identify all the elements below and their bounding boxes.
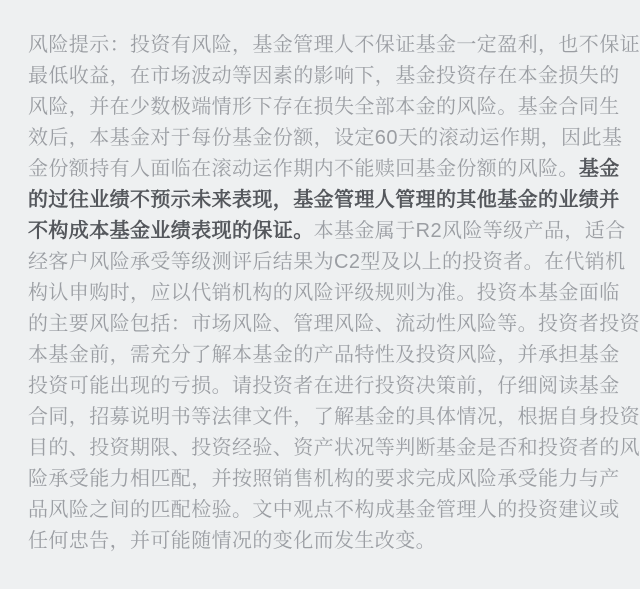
text-segment: 金份额持有人面临在滚动运作期内不能赎回基金份额的风险。 [28, 158, 579, 180]
risk-disclaimer: 风险提示：投资有风险，基金管理人不保证基金一定盈利，也不保证最低收益，在市场波动… [0, 0, 640, 557]
text-line: 的主要风险包括：市场风险、管理风险、流动性风险等。投资者投资 [28, 309, 614, 340]
text-segment: 效后，本基金对于每份基金份额，设定60天的滚动运作期，因此基 [28, 127, 622, 149]
text-line: 风险，并在少数极端情形下存在损失全部本金的风险。基金合同生 [28, 92, 614, 123]
text-segment: 目的、投资期限、投资经验、资产状况等判断基金是否和投资者的风 [28, 437, 640, 459]
text-segment: 构认申购时，应以代销机构的风险评级规则为准。投资本基金面临 [28, 282, 620, 304]
text-line: 的过往业绩不预示未来表现，基金管理人管理的其他基金的业绩并 [28, 185, 614, 216]
text-line: 投资可能出现的亏损。请投资者在进行投资决策前，仔细阅读基金 [28, 371, 614, 402]
text-segment: 风险，并在少数极端情形下存在损失全部本金的风险。基金合同生 [28, 96, 620, 118]
text-line: 不构成本基金业绩表现的保证。本基金属于R2风险等级产品，适合 [28, 216, 614, 247]
text-segment: 任何忠告，并可能随情况的变化而发生改变。 [28, 530, 436, 552]
text-segment: 本基金属于R2风险等级产品，适合 [314, 220, 626, 242]
text-segment: 风险提示：投资有风险，基金管理人不保证基金一定盈利，也不保证 [28, 34, 640, 56]
text-segment: 品风险之间的匹配检验。文中观点不构成基金管理人的投资建议或 [28, 499, 620, 521]
text-segment: 险承受能力相匹配，并按照销售机构的要求完成风险承受能力与产 [28, 468, 620, 490]
text-segment: 合同，招募说明书等法律文件，了解基金的具体情况，根据自身投资 [28, 406, 640, 428]
text-line: 任何忠告，并可能随情况的变化而发生改变。 [28, 526, 614, 557]
text-line: 合同，招募说明书等法律文件，了解基金的具体情况，根据自身投资 [28, 402, 614, 433]
text-segment-bold: 不构成本基金业绩表现的保证。 [28, 220, 314, 242]
text-line: 经客户风险承受等级测评后结果为C2型及以上的投资者。在代销机 [28, 247, 614, 278]
text-line: 最低收益，在市场波动等因素的影响下，基金投资存在本金损失的 [28, 61, 614, 92]
text-line: 金份额持有人面临在滚动运作期内不能赎回基金份额的风险。基金 [28, 154, 614, 185]
text-line: 险承受能力相匹配，并按照销售机构的要求完成风险承受能力与产 [28, 464, 614, 495]
text-line: 风险提示：投资有风险，基金管理人不保证基金一定盈利，也不保证 [28, 30, 614, 61]
text-line: 构认申购时，应以代销机构的风险评级规则为准。投资本基金面临 [28, 278, 614, 309]
text-segment: 投资可能出现的亏损。请投资者在进行投资决策前，仔细阅读基金 [28, 375, 620, 397]
text-line: 效后，本基金对于每份基金份额，设定60天的滚动运作期，因此基 [28, 123, 614, 154]
text-segment: 最低收益，在市场波动等因素的影响下，基金投资存在本金损失的 [28, 65, 620, 87]
text-segment: 的主要风险包括：市场风险、管理风险、流动性风险等。投资者投资 [28, 313, 640, 335]
text-segment-bold: 基金 [579, 158, 620, 180]
text-segment: 本基金前，需充分了解本基金的产品特性及投资风险，并承担基金 [28, 344, 620, 366]
text-line: 目的、投资期限、投资经验、资产状况等判断基金是否和投资者的风 [28, 433, 614, 464]
text-line: 品风险之间的匹配检验。文中观点不构成基金管理人的投资建议或 [28, 495, 614, 526]
text-segment: 经客户风险承受等级测评后结果为C2型及以上的投资者。在代销机 [28, 251, 626, 273]
text-segment-bold: 的过往业绩不预示未来表现，基金管理人管理的其他基金的业绩并 [28, 189, 620, 211]
text-line: 本基金前，需充分了解本基金的产品特性及投资风险，并承担基金 [28, 340, 614, 371]
